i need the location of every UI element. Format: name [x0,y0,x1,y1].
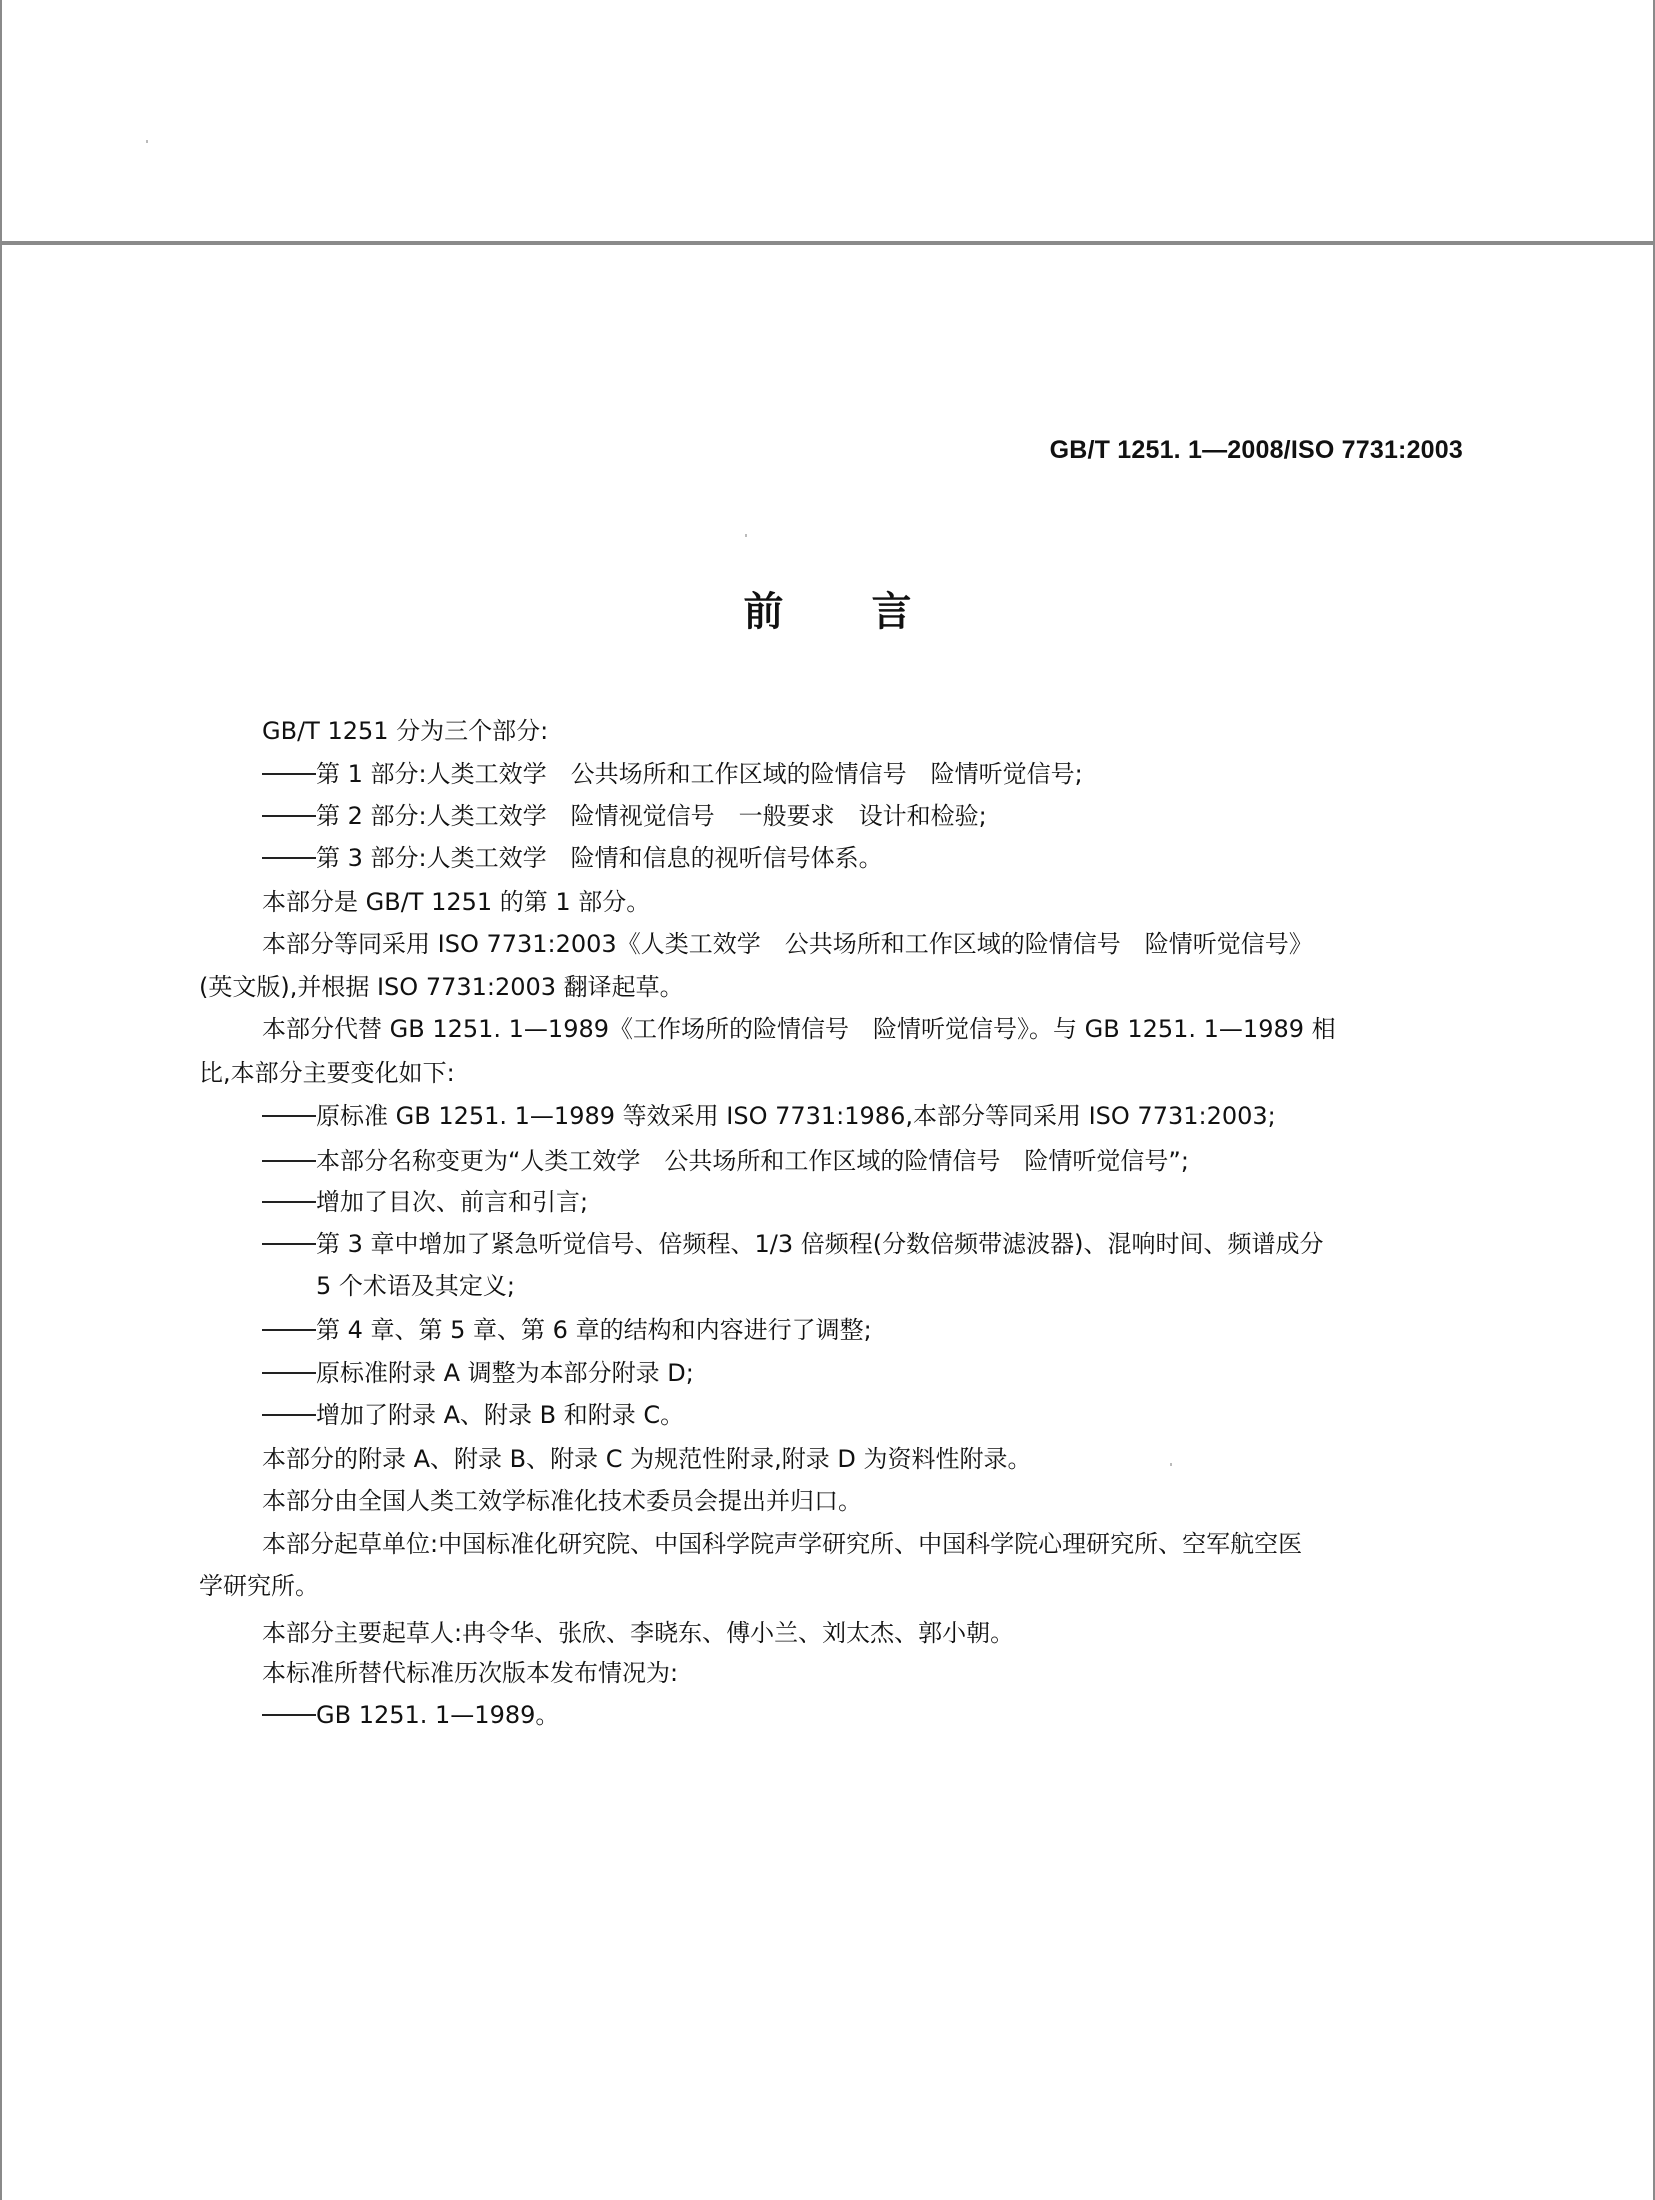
paragraph-line: 本部分等同采用 ISO 7731:2003《人类工效学 公共场所和工作区域的险情… [262,929,1313,959]
paragraph-line: 本部分是 GB/T 1251 的第 1 部分。 [262,887,650,917]
line-text: 本部分的附录 A、附录 B、附录 C 为规范性附录,附录 D 为资料性附录。 [262,1445,1032,1473]
em-dash-bullet [262,1714,316,1716]
line-text: 第 3 部分:人类工效学 险情和信息的视听信号体系。 [316,844,883,872]
paragraph-line: 本部分的附录 A、附录 B、附录 C 为规范性附录,附录 D 为资料性附录。 [262,1444,1032,1474]
em-dash-bullet [262,1414,316,1416]
em-dash-bullet [262,1243,316,1245]
line-text: 第 2 部分:人类工效学 险情视觉信号 一般要求 设计和检验; [316,802,987,830]
line-text: 第 1 部分:人类工效学 公共场所和工作区域的险情信号 险情听觉信号; [316,760,1083,788]
em-dash-bullet [262,773,316,775]
list-item: 原标准 GB 1251. 1—1989 等效采用 ISO 7731:1986,本… [262,1101,1276,1131]
line-text: (英文版),并根据 ISO 7731:2003 翻译起草。 [199,973,684,1001]
list-item: 增加了目次、前言和引言; [262,1187,588,1217]
em-dash-bullet [262,1201,316,1203]
line-text: 原标准附录 A 调整为本部分附录 D; [316,1359,694,1387]
line-text: GB 1251. 1—1989。 [316,1701,559,1729]
em-dash-bullet [262,1329,316,1331]
list-item: 本部分名称变更为“人类工效学 公共场所和工作区域的险情信号 险情听觉信号”; [262,1146,1189,1176]
list-item: 第 3 部分:人类工效学 险情和信息的视听信号体系。 [262,843,883,873]
list-item: GB 1251. 1—1989。 [262,1700,559,1730]
paragraph-line: GB/T 1251 分为三个部分: [262,716,548,746]
paragraph-line: 本部分主要起草人:冉令华、张欣、李晓东、傅小兰、刘太杰、郭小朝。 [262,1618,1014,1648]
line-text: 本部分是 GB/T 1251 的第 1 部分。 [262,888,650,916]
line-text: 本部分起草单位:中国标准化研究院、中国科学院声学研究所、中国科学院心理研究所、空… [262,1530,1302,1558]
list-item: 第 3 章中增加了紧急听觉信号、倍频程、1/3 倍频程(分数倍频带滤波器)、混响… [262,1229,1324,1259]
em-dash-bullet [262,1372,316,1374]
paragraph-line: 比,本部分主要变化如下: [199,1058,455,1088]
paragraph-line: 本部分代替 GB 1251. 1—1989《工作场所的险情信号 险情听觉信号》。… [262,1014,1336,1044]
line-text: 比,本部分主要变化如下: [199,1059,455,1087]
standard-code-header: GB/T 1251. 1—2008/ISO 7731:2003 [1050,436,1463,465]
paragraph-line: 5 个术语及其定义; [316,1271,515,1301]
em-dash-bullet [262,815,316,817]
line-text: 本部分代替 GB 1251. 1—1989《工作场所的险情信号 险情听觉信号》。… [262,1015,1336,1043]
scan-speck [1170,1463,1172,1466]
page-title: 前言 [0,580,1655,637]
line-text: 增加了附录 A、附录 B 和附录 C。 [316,1401,684,1429]
paragraph-line: 学研究所。 [199,1571,319,1601]
list-item: 增加了附录 A、附录 B 和附录 C。 [262,1400,684,1430]
list-item: 原标准附录 A 调整为本部分附录 D; [262,1358,694,1388]
line-text: 原标准 GB 1251. 1—1989 等效采用 ISO 7731:1986,本… [316,1102,1276,1130]
list-item: 第 2 部分:人类工效学 险情视觉信号 一般要求 设计和检验; [262,801,987,831]
page-separator [0,241,1655,245]
line-text: 本部分主要起草人:冉令华、张欣、李晓东、傅小兰、刘太杰、郭小朝。 [262,1619,1014,1647]
paragraph-line: 本部分由全国人类工效学标准化技术委员会提出并归口。 [262,1486,862,1516]
line-text: 本部分名称变更为“人类工效学 公共场所和工作区域的险情信号 险情听觉信号”; [316,1147,1189,1175]
line-text: 本标准所替代标准历次版本发布情况为: [262,1659,678,1687]
list-item: 第 4 章、第 5 章、第 6 章的结构和内容进行了调整; [262,1315,872,1345]
line-text: 学研究所。 [199,1572,319,1600]
paragraph-line: (英文版),并根据 ISO 7731:2003 翻译起草。 [199,972,684,1002]
line-text: GB/T 1251 分为三个部分: [262,717,548,745]
scan-speck [146,140,148,143]
line-text: 第 3 章中增加了紧急听觉信号、倍频程、1/3 倍频程(分数倍频带滤波器)、混响… [316,1230,1324,1258]
em-dash-bullet [262,1160,316,1162]
line-text: 5 个术语及其定义; [316,1272,515,1300]
scan-speck [745,534,747,537]
list-item: 第 1 部分:人类工效学 公共场所和工作区域的险情信号 险情听觉信号; [262,759,1083,789]
em-dash-bullet [262,857,316,859]
line-text: 本部分等同采用 ISO 7731:2003《人类工效学 公共场所和工作区域的险情… [262,930,1313,958]
line-text: 本部分由全国人类工效学标准化技术委员会提出并归口。 [262,1487,862,1515]
viewer-left-border [0,0,2,2200]
title-char-1: 前 [744,580,784,637]
paragraph-line: 本标准所替代标准历次版本发布情况为: [262,1658,678,1688]
title-char-2: 言 [872,580,912,637]
em-dash-bullet [262,1115,316,1117]
line-text: 增加了目次、前言和引言; [316,1188,588,1216]
paragraph-line: 本部分起草单位:中国标准化研究院、中国科学院声学研究所、中国科学院心理研究所、空… [262,1529,1302,1559]
line-text: 第 4 章、第 5 章、第 6 章的结构和内容进行了调整; [316,1316,872,1344]
